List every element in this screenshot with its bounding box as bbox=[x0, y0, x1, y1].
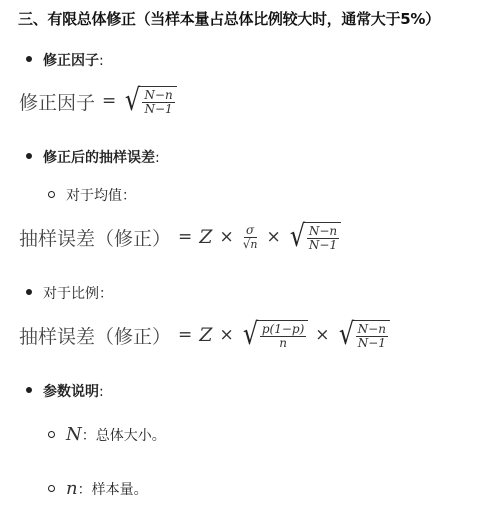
param-description: 总体大小。 bbox=[96, 428, 166, 444]
var-z: Z bbox=[199, 226, 212, 248]
sqrt-icon: √ bbox=[243, 320, 258, 350]
sqrt-expression: √ N−nN−1 bbox=[288, 222, 341, 252]
frac-numerator: N−n bbox=[307, 225, 339, 239]
colon: : bbox=[99, 53, 104, 69]
formula-lhs: 抽样误差（修正） bbox=[19, 224, 171, 251]
frac-numerator: N−n bbox=[356, 323, 388, 337]
sqrt-icon: √ bbox=[338, 320, 353, 350]
bullet-circle-icon bbox=[48, 191, 55, 198]
formula-lhs: 修正因子 bbox=[19, 88, 95, 115]
param-item-N: N：总体大小。 bbox=[48, 424, 166, 445]
bullet-dot-icon bbox=[26, 289, 32, 295]
frac-denominator: N−1 bbox=[356, 337, 388, 350]
equals-sign: = bbox=[178, 227, 192, 247]
subbullet-mean: 对于均值： bbox=[48, 185, 136, 205]
param-symbol: n bbox=[66, 478, 78, 499]
equals-sign: = bbox=[178, 325, 192, 345]
frac-numerator: σ bbox=[244, 224, 256, 238]
formula-correction-factor: 修正因子 = √ N−nN−1 bbox=[19, 86, 177, 116]
param-description: 样本量。 bbox=[92, 482, 148, 498]
formula-lhs: 抽样误差（修正） bbox=[19, 322, 171, 349]
bullet-circle-icon bbox=[48, 485, 55, 492]
bullet-label: 修正因子 bbox=[43, 53, 99, 69]
formula-mean-error: 抽样误差（修正） = Z × σ √n × √ N−nN−1 bbox=[19, 222, 341, 252]
colon: : bbox=[99, 384, 104, 400]
frac-denominator: N−1 bbox=[142, 103, 174, 116]
times-sign: × bbox=[219, 325, 233, 345]
separator: ： bbox=[78, 482, 92, 498]
section-heading: 三、有限总体修正（当样本量占总体比例较大时，通常大于5%） bbox=[18, 8, 440, 29]
bullet-label: 修正后的抽样误差 bbox=[43, 150, 155, 166]
frac-denominator: N−1 bbox=[307, 239, 339, 252]
bullet-label: 对于比例： bbox=[43, 286, 113, 302]
var-z: Z bbox=[199, 324, 212, 346]
bullet-dot-icon bbox=[26, 153, 32, 159]
bullet-dot-icon bbox=[26, 387, 32, 393]
sqrt-expression: √ N−nN−1 bbox=[123, 86, 176, 116]
frac-numerator: p(1−p) bbox=[260, 323, 306, 337]
frac-numerator: N−n bbox=[142, 89, 174, 103]
subbullet-label: 对于均值： bbox=[66, 188, 136, 204]
times-sign: × bbox=[266, 227, 280, 247]
fraction-sigma-sqrt-n: σ √n bbox=[241, 224, 260, 251]
bullet-label: 参数说明 bbox=[43, 384, 99, 400]
bullet-proportion: 对于比例： bbox=[26, 283, 113, 303]
frac-denominator: n bbox=[277, 337, 289, 350]
sqrt-expression: √ N−nN−1 bbox=[337, 320, 390, 350]
frac-denominator: n bbox=[250, 237, 257, 251]
times-sign: × bbox=[315, 325, 329, 345]
separator: ： bbox=[82, 428, 96, 444]
colon: : bbox=[155, 150, 160, 166]
equals-sign: = bbox=[102, 91, 116, 111]
sqrt-icon: √ bbox=[290, 222, 305, 252]
sqrt-expression: √ p(1−p)n bbox=[241, 320, 309, 350]
formula-proportion-error: 抽样误差（修正） = Z × √ p(1−p)n × √ N−nN−1 bbox=[19, 320, 390, 350]
param-item-n: n：样本量。 bbox=[48, 478, 148, 499]
param-symbol: N bbox=[66, 424, 82, 445]
times-sign: × bbox=[219, 227, 233, 247]
bullet-parameters: 参数说明: bbox=[26, 381, 104, 401]
sqrt-icon: √ bbox=[125, 86, 140, 116]
bullet-circle-icon bbox=[48, 431, 55, 438]
bullet-correction-factor: 修正因子: bbox=[26, 50, 104, 70]
bullet-corrected-error: 修正后的抽样误差: bbox=[26, 147, 160, 167]
bullet-dot-icon bbox=[26, 56, 32, 62]
